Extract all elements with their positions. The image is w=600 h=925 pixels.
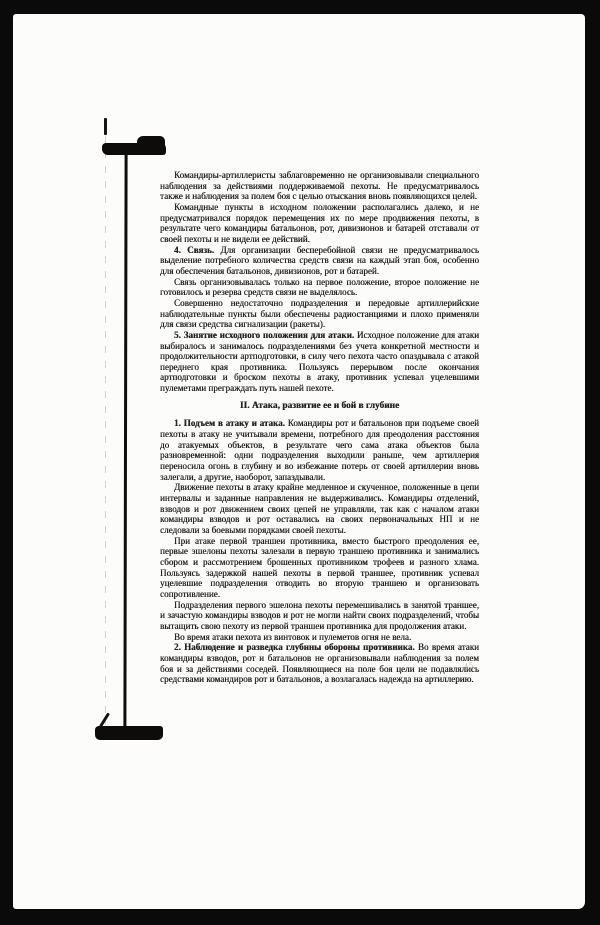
paragraph-text: Движение пехоты в атаку крайне медленное… <box>160 482 479 535</box>
section-heading: II. Атака, развитие ее и бой в глубине <box>160 401 479 412</box>
paragraph-text: Во время атаки пехота из винтовок и пуле… <box>174 632 411 642</box>
paragraph: Движение пехоты в атаку крайне медленное… <box>160 482 479 535</box>
paragraph: 2. Наблюдение и разведка глубины обороны… <box>160 642 479 685</box>
paragraph: 1. Подъем в атаку и атака. Командиры рот… <box>160 418 479 482</box>
paragraph: Подразделения первого эшелона пехоты пер… <box>160 600 479 632</box>
paragraph: При атаке первой траншеи противника, вме… <box>160 536 479 600</box>
paragraph-text: Командиры-артиллеристы заблаговременно н… <box>160 170 479 201</box>
paragraph-text: Связь организовывалась только на первое … <box>160 277 479 298</box>
paragraph-text: При атаке первой траншеи противника, вме… <box>160 536 479 599</box>
spine-bottom-bar-artifact <box>95 726 163 740</box>
page-number-mark: 45 <box>463 660 474 671</box>
paragraph: Совершенно недостаточно подразделения и … <box>160 298 479 330</box>
paragraph-text: Совершенно недостаточно подразделения и … <box>160 298 479 329</box>
paragraph-lead: 1. Подъем в атаку и атака. <box>174 418 288 428</box>
paragraph-text: Командные пункты в исходном положении ра… <box>160 202 479 244</box>
paragraph: Командные пункты в исходном положении ра… <box>160 202 479 245</box>
paragraph: 5. Занятие исходного положения для атаки… <box>160 330 479 394</box>
spine-faint-line-artifact <box>105 136 106 724</box>
paragraph-lead: 5. Занятие исходного положения для атаки… <box>174 330 357 340</box>
paragraph: Командиры-артиллеристы заблаговременно н… <box>160 170 479 202</box>
paragraph: Связь организовывалась только на первое … <box>160 277 479 298</box>
paragraph: 4. Связь. Для организации бесперебойной … <box>160 245 479 277</box>
spine-top-bar-artifact <box>102 143 166 155</box>
paragraph-lead: 4. Связь. <box>174 245 220 255</box>
paragraph-text: Подразделения первого эшелона пехоты пер… <box>160 600 479 631</box>
spine-tick-artifact <box>104 118 107 135</box>
paragraph-lead: 2. Наблюдение и разведка глубины обороны… <box>174 642 418 652</box>
paragraph: Во время атаки пехота из винтовок и пуле… <box>160 632 479 643</box>
text-column: Командиры-артиллеристы заблаговременно н… <box>160 170 479 685</box>
